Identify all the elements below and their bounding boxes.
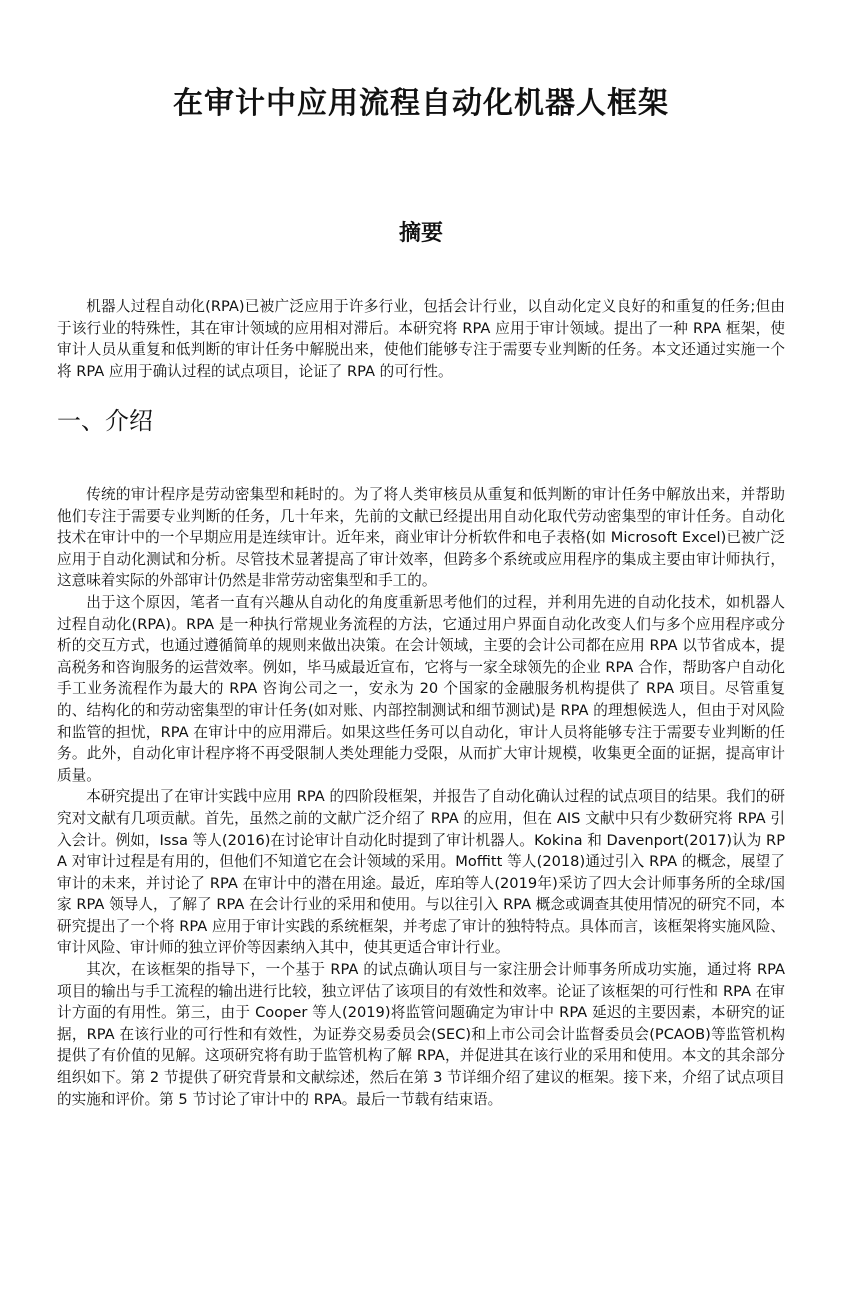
document-title: 在审计中应用流程自动化机器人框架 [57,84,785,124]
abstract-body: 机器人过程自动化(RPA)已被广泛应用于许多行业，包括会计行业，以自动化定义良好… [57,296,785,382]
body-paragraph: 其次，在该框架的指导下，一个基于 RPA 的试点确认项目与一家注册会计师事务所成… [57,959,785,1110]
body-paragraph: 传统的审计程序是劳动密集型和耗时的。为了将人类审核员从重复和低判断的审计任务中解… [57,484,785,592]
introduction-body: 传统的审计程序是劳动密集型和耗时的。为了将人类审核员从重复和低判断的审计任务中解… [57,484,785,1110]
abstract-heading: 摘要 [57,219,785,249]
body-paragraph: 出于这个原因，笔者一直有兴趣从自动化的角度重新思考他们的过程，并利用先进的自动化… [57,592,785,786]
body-paragraph: 本研究提出了在审计实践中应用 RPA 的四阶段框架，并报告了自动化确认过程的试点… [57,786,785,959]
abstract-paragraph: 机器人过程自动化(RPA)已被广泛应用于许多行业，包括会计行业，以自动化定义良好… [57,296,785,382]
section-heading-introduction: 一、介绍 [57,404,153,438]
